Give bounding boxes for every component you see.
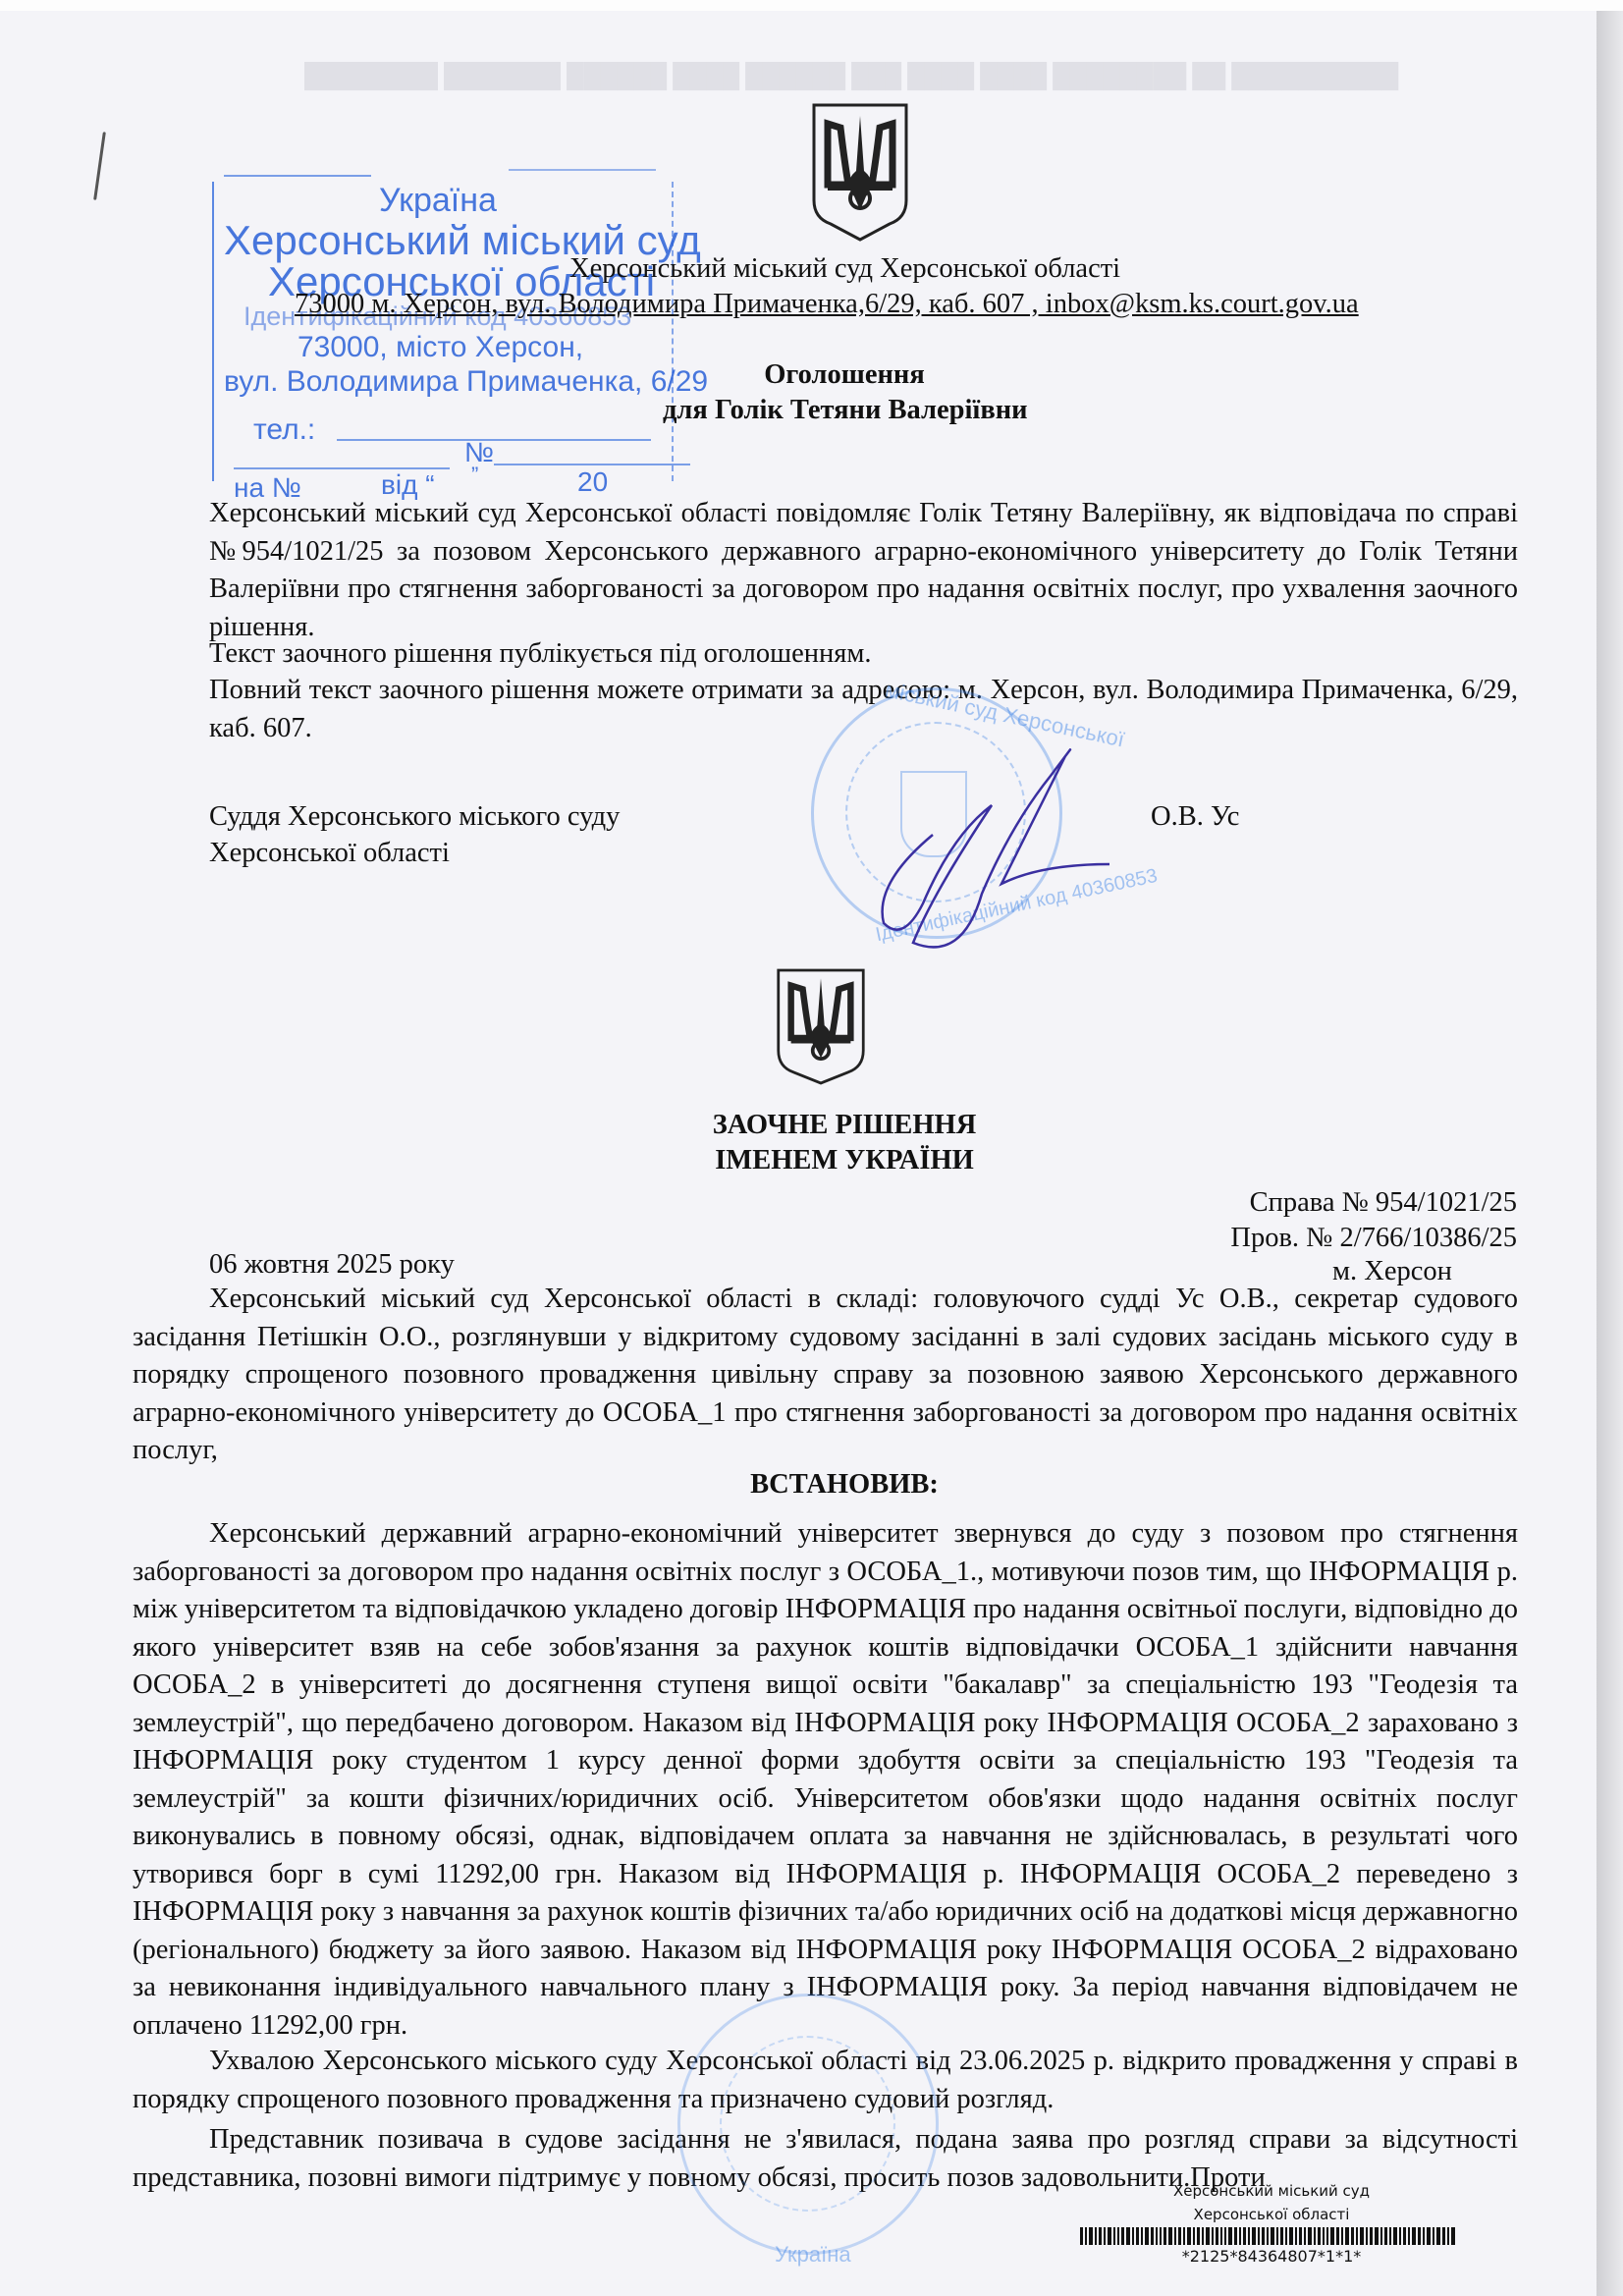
judge-name: О.В. Ус bbox=[1151, 799, 1239, 835]
decision-subtitle: ІМЕНЕМ УКРАЇНИ bbox=[0, 1143, 1623, 1178]
court-address: 73000 м. Херсон, вул. Володимира Примаче… bbox=[295, 287, 1359, 322]
decision-paragraph: Херсонський державний аграрно-економічни… bbox=[133, 1515, 1518, 2045]
established-heading: ВСТАНОВИВ: bbox=[0, 1467, 1623, 1503]
court-registration-stamp: Україна Херсонський міський суд Херсонсь… bbox=[212, 182, 674, 481]
decision-date: 06 жовтня 2025 року bbox=[209, 1247, 455, 1283]
footer-court-region: Херсонської області bbox=[1159, 2206, 1384, 2223]
stamp-year: 20 bbox=[577, 466, 608, 498]
court-name-header: Херсонський міський суд Херсонської обла… bbox=[569, 251, 1120, 287]
proceeding-number: Пров. № 2/766/10386/25 bbox=[1230, 1221, 1517, 1256]
document-barcode bbox=[1080, 2227, 1492, 2245]
decision-title: ЗАОЧНЕ РІШЕННЯ bbox=[0, 1108, 1623, 1143]
announcement-paragraph: Текст заочного рішення публікується під … bbox=[209, 636, 872, 672]
decision-intro: Херсонський міський суд Херсонської обла… bbox=[133, 1281, 1518, 1470]
announcement-title: Оголошення bbox=[0, 357, 1623, 393]
stamp-country: Україна bbox=[379, 182, 497, 220]
coat-of-arms-icon bbox=[776, 967, 866, 1085]
scan-top-margin bbox=[0, 0, 1623, 11]
judge-title-line1: Суддя Херсонського міського суду bbox=[209, 799, 620, 835]
coat-of-arms-icon bbox=[811, 102, 909, 242]
judge-signature bbox=[815, 717, 1129, 972]
bleed-through-text: ████████ ███████ ██████ ████ ██████ ███ … bbox=[304, 59, 1398, 94]
stamp-tel-label: тел.: bbox=[253, 413, 315, 447]
announcement-paragraph: Херсонський міський суд Херсонської обла… bbox=[209, 495, 1518, 646]
footer-court-name: Херсонський міський суд bbox=[1159, 2182, 1384, 2200]
barcode-number: *2125*84364807*1*1* bbox=[1159, 2247, 1384, 2266]
announcement-recipient: для Голік Тетяни Валеріївни bbox=[663, 393, 1028, 428]
court-seal: Україна bbox=[677, 1994, 939, 2255]
stamp-no-label: № bbox=[464, 437, 494, 468]
case-number: Справа № 954/1021/25 bbox=[1250, 1185, 1517, 1221]
judge-title-line2: Херсонської області bbox=[209, 836, 450, 871]
